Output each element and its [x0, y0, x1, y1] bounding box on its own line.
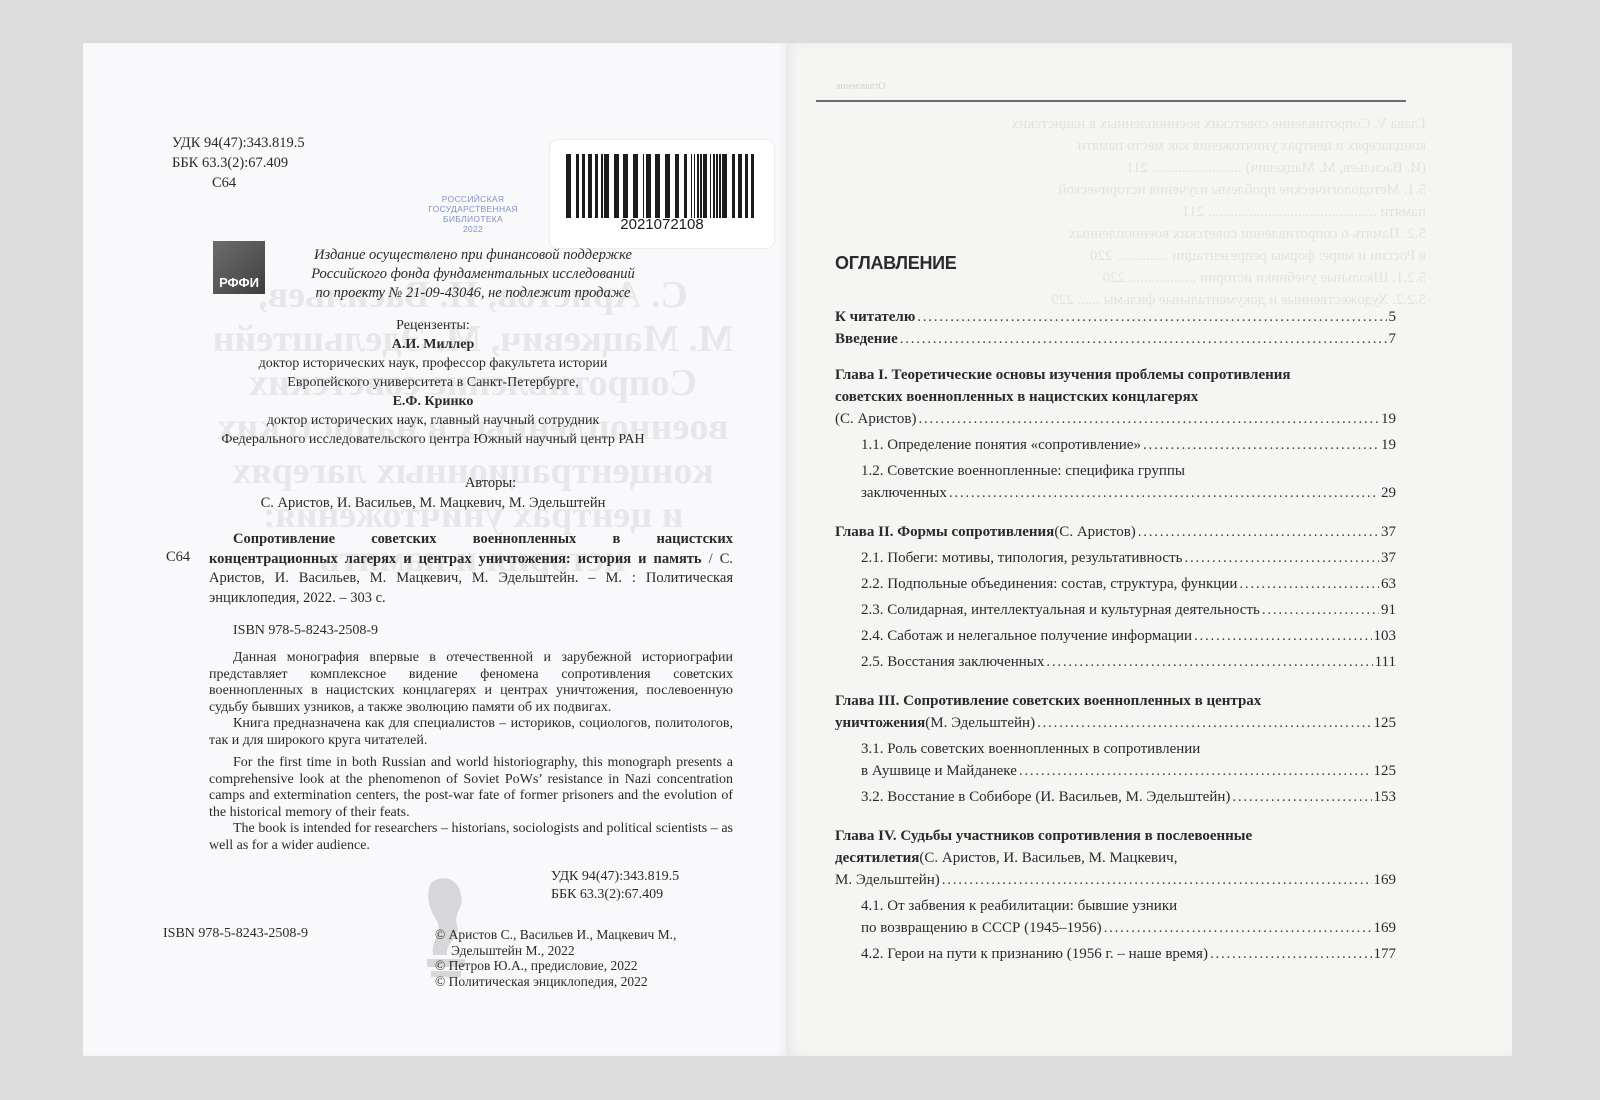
- barcode-icon: [566, 154, 759, 218]
- funding-line: Российского фонда фундаментальных исслед…: [283, 265, 663, 284]
- toc-page-number: 103: [1374, 625, 1397, 647]
- leader-dots: [1104, 917, 1372, 939]
- toc-page-number: 111: [1375, 651, 1396, 673]
- toc-section[interactable]: 3.2. Восстание в Собиборе (И. Васильев, …: [835, 786, 1396, 808]
- toc-page-number: 125: [1374, 712, 1397, 734]
- funding-line: по проекту № 21-09-43046, не подлежит пр…: [283, 284, 663, 303]
- toc-page-number: 37: [1381, 521, 1396, 543]
- funding-note: Издание осуществлено при финансовой подд…: [283, 246, 663, 303]
- toc-entry-title: Глава III. Сопротивление советских военн…: [835, 690, 1261, 712]
- library-stamp: РОССИЙСКАЯ ГОСУДАРСТВЕННАЯ БИБЛИОТЕКА 20…: [413, 194, 533, 234]
- leader-dots: [942, 869, 1372, 891]
- toc-page-number: 169: [1374, 869, 1397, 891]
- copyright-line: © Политическая энциклопедия, 2022: [435, 974, 755, 990]
- right-page-contents: Оглавление Глава V. Сопротивление советс…: [786, 43, 1512, 1056]
- rffi-logo-text: РФФИ: [213, 275, 265, 290]
- ghost-line: памяти .................................…: [826, 201, 1426, 223]
- toc-section[interactable]: 3.1. Роль советских военнопленных в сопр…: [835, 738, 1396, 782]
- toc-page-number: 19: [1381, 408, 1396, 430]
- bbk-code: ББК 63.3(2):67.409: [551, 886, 679, 904]
- stamp-line: 2022: [413, 224, 533, 234]
- toc-entry-title: советских военнопленных в нацистских кон…: [835, 386, 1198, 408]
- toc-chapter[interactable]: Глава III. Сопротивление советских военн…: [835, 690, 1396, 734]
- toc-section[interactable]: 2.1. Побеги: мотивы, типология, результа…: [835, 547, 1396, 569]
- toc-front-matter[interactable]: Введение7: [835, 328, 1396, 350]
- catalog-author-mark: С64: [166, 549, 190, 566]
- stamp-line: ГОСУДАРСТВЕННАЯ: [413, 204, 533, 214]
- toc-entry-text: по возвращению в СССР (1945–1956): [861, 917, 1102, 939]
- leader-dots: [918, 408, 1379, 430]
- toc-entry-title: К читателю: [835, 306, 915, 328]
- authors-block: Авторы: С. Аристов, И. Васильев, М. Мацк…: [123, 473, 743, 513]
- toc-entry-text: 2.4. Саботаж и нелегальное получение инф…: [861, 625, 1192, 647]
- leader-dots: [1037, 712, 1371, 734]
- left-page-imprint: С. Аристов, И. Васильев, М. Мацкевич, М.…: [83, 43, 786, 1056]
- toc-entry-text: М. Эдельштейн): [835, 869, 940, 891]
- toc-section[interactable]: 4.2. Герои на пути к признанию (1956 г. …: [835, 943, 1396, 965]
- table-of-contents: К читателю5Введение7Глава I. Теоретическ…: [835, 306, 1396, 965]
- copyright-line: © Петров Ю.А., предисловие, 2022: [435, 958, 755, 974]
- udk-code: УДК 94(47):343.819.5: [551, 868, 679, 886]
- toc-section[interactable]: 2.5. Восстания заключенных111: [835, 651, 1396, 673]
- classification-codes-top: УДК 94(47):343.819.5 ББК 63.3(2):67.409 …: [172, 133, 305, 193]
- leader-dots: [1239, 573, 1379, 595]
- toc-section[interactable]: 2.3. Солидарная, интеллектуальная и куль…: [835, 599, 1396, 621]
- toc-page-number: 125: [1374, 760, 1397, 782]
- toc-chapter[interactable]: Глава I. Теоретические основы изучения п…: [835, 364, 1396, 430]
- reviewers-block: Рецензенты: А.И. Миллер доктор историчес…: [123, 316, 743, 449]
- stamp-line: БИБЛИОТЕКА: [413, 214, 533, 224]
- authors-label: Авторы:: [123, 473, 743, 493]
- toc-page-number: 169: [1374, 917, 1397, 939]
- toc-entry-title: уничтожения: [835, 712, 925, 734]
- toc-page-number: 5: [1389, 306, 1397, 328]
- toc-page-number: 19: [1381, 434, 1396, 456]
- toc-chapter[interactable]: Глава IV. Судьбы участников сопротивлени…: [835, 825, 1396, 891]
- reviewer-credential: доктор исторических наук, главный научны…: [123, 411, 743, 430]
- annotation: Данная монография впервые в отечественно…: [209, 650, 733, 854]
- reviewer-credential: Федерального исследовательского центра Ю…: [123, 430, 743, 449]
- running-head: Оглавление: [836, 81, 885, 92]
- toc-page-number: 91: [1381, 599, 1396, 621]
- isbn: ISBN 978-5-8243-2508-9: [233, 623, 378, 639]
- toc-page-number: 37: [1381, 547, 1396, 569]
- toc-entry-text: (М. Эдельштейн): [925, 712, 1035, 734]
- annotation-ru-paragraph: Книга предназначена как для специалистов…: [209, 716, 733, 749]
- leader-dots: [949, 482, 1379, 504]
- leader-dots: [1194, 625, 1371, 647]
- reviewer-credential: доктор исторических наук, профессор факу…: [123, 354, 743, 373]
- toc-section[interactable]: 2.2. Подпольные объединения: состав, стр…: [835, 573, 1396, 595]
- rffi-logo: РФФИ: [213, 241, 265, 294]
- toc-entry-text: 3.1. Роль советских военнопленных в сопр…: [861, 738, 1200, 760]
- toc-entry-title: десятилетия: [835, 847, 919, 869]
- copyright-block: © Аристов С., Васильев И., Мацкевич М., …: [435, 927, 755, 989]
- bbk-code: ББК 63.3(2):67.409: [172, 153, 305, 173]
- toc-page-number: 63: [1381, 573, 1396, 595]
- ghost-line: 5.2. Память о сопротивлении советских во…: [826, 223, 1426, 245]
- authors-names: С. Аристов, И. Васильев, М. Мацкевич, М.…: [123, 493, 743, 513]
- toc-chapter[interactable]: Глава II. Формы сопротивления (С. Аристо…: [835, 521, 1396, 543]
- author-mark: С64: [172, 173, 305, 193]
- udk-code: УДК 94(47):343.819.5: [172, 133, 305, 153]
- toc-page-number: 29: [1381, 482, 1396, 504]
- toc-page-number: 177: [1374, 943, 1397, 965]
- toc-section[interactable]: 1.2. Советские военнопленные: специфика …: [835, 460, 1396, 504]
- header-rule: [816, 100, 1406, 102]
- leader-dots: [1210, 943, 1372, 965]
- toc-section[interactable]: 4.1. От забвения к реабилитации: бывшие …: [835, 895, 1396, 939]
- toc-front-matter[interactable]: К читателю5: [835, 306, 1396, 328]
- toc-entry-text: (С. Аристов): [1054, 521, 1135, 543]
- reviewer-credential: Европейского университета в Санкт-Петерб…: [123, 373, 743, 392]
- toc-entry-text: 2.2. Подпольные объединения: состав, стр…: [861, 573, 1237, 595]
- funding-line: Издание осуществлено при финансовой подд…: [283, 246, 663, 265]
- reviewer-name: А.И. Миллер: [123, 335, 743, 354]
- toc-entry-title: Глава IV. Судьбы участников сопротивлени…: [835, 825, 1252, 847]
- toc-entry-text: 4.1. От забвения к реабилитации: бывшие …: [861, 895, 1177, 917]
- toc-entry-text: 1.1. Определение понятия «сопротивление»: [861, 434, 1141, 456]
- toc-page-number: 7: [1389, 328, 1397, 350]
- leader-dots: [1019, 760, 1372, 782]
- toc-entry-text: в Аушвице и Майданеке: [861, 760, 1017, 782]
- toc-heading: ОГЛАВЛЕНИЕ: [835, 253, 957, 274]
- toc-entry-text: (С. Аристов, И. Васильев, М. Мацкевич,: [919, 847, 1177, 869]
- toc-entry-text: 2.3. Солидарная, интеллектуальная и куль…: [861, 599, 1260, 621]
- reviewer-name: Е.Ф. Кринко: [123, 392, 743, 411]
- ghost-line: Глава V. Сопротивление советских военноп…: [826, 113, 1426, 135]
- leader-dots: [1262, 599, 1379, 621]
- toc-entry-title: Глава I. Теоретические основы изучения п…: [835, 364, 1291, 386]
- leader-dots: [900, 328, 1387, 350]
- leader-dots: [1232, 786, 1371, 808]
- stamp-line: РОССИЙСКАЯ: [413, 194, 533, 204]
- toc-section[interactable]: 2.4. Саботаж и нелегальное получение инф…: [835, 625, 1396, 647]
- toc-entry-text: заключенных: [861, 482, 947, 504]
- book-title: Сопротивление советских военнопленных в …: [209, 531, 733, 567]
- copyright-line: Эдельштейн М., 2022: [435, 943, 755, 959]
- classification-codes-bottom: УДК 94(47):343.819.5 ББК 63.3(2):67.409: [551, 868, 679, 904]
- toc-section[interactable]: 1.1. Определение понятия «сопротивление»…: [835, 434, 1396, 456]
- ghost-line: 5.1. Методологические проблемы изучения …: [826, 179, 1426, 201]
- annotation-ru-paragraph: Данная монография впервые в отечественно…: [209, 650, 733, 716]
- copyright-line: © Аристов С., Васильев И., Мацкевич М.,: [435, 927, 755, 943]
- bleed-through-text: Глава V. Сопротивление советских военноп…: [826, 113, 1426, 311]
- ghost-line: концлагерях и центрах уничтожения как ме…: [826, 135, 1426, 157]
- toc-entry-text: 3.2. Восстание в Собиборе (И. Васильев, …: [861, 786, 1230, 808]
- toc-entry-title: Введение: [835, 328, 898, 350]
- annotation-en-paragraph: For the first time in both Russian and w…: [209, 755, 733, 821]
- catalog-record: Сопротивление советских военнопленных в …: [209, 530, 733, 608]
- leader-dots: [917, 306, 1386, 328]
- toc-page-number: 153: [1374, 786, 1397, 808]
- reviewers-label: Рецензенты:: [123, 316, 743, 335]
- leader-dots: [1138, 521, 1379, 543]
- toc-entry-text: 2.1. Побеги: мотивы, типология, результа…: [861, 547, 1182, 569]
- toc-entry-text: 2.5. Восстания заключенных: [861, 651, 1044, 673]
- leader-dots: [1143, 434, 1379, 456]
- barcode-sticker: 2021072108: [550, 140, 774, 248]
- leader-dots: [1046, 651, 1372, 673]
- ghost-line: (И. Васильев, М. Мацкевич) .............…: [826, 157, 1426, 179]
- toc-entry-text: 4.2. Герои на пути к признанию (1956 г. …: [861, 943, 1208, 965]
- isbn-bottom: ISBN 978-5-8243-2508-9: [163, 926, 308, 942]
- toc-entry-text: (С. Аристов): [835, 408, 916, 430]
- annotation-en-paragraph: The book is intended for researchers – h…: [209, 821, 733, 854]
- toc-entry-title: Глава II. Формы сопротивления: [835, 521, 1054, 543]
- toc-entry-text: 1.2. Советские военнопленные: специфика …: [861, 460, 1185, 482]
- leader-dots: [1184, 547, 1379, 569]
- barcode-number: 2021072108: [550, 216, 774, 233]
